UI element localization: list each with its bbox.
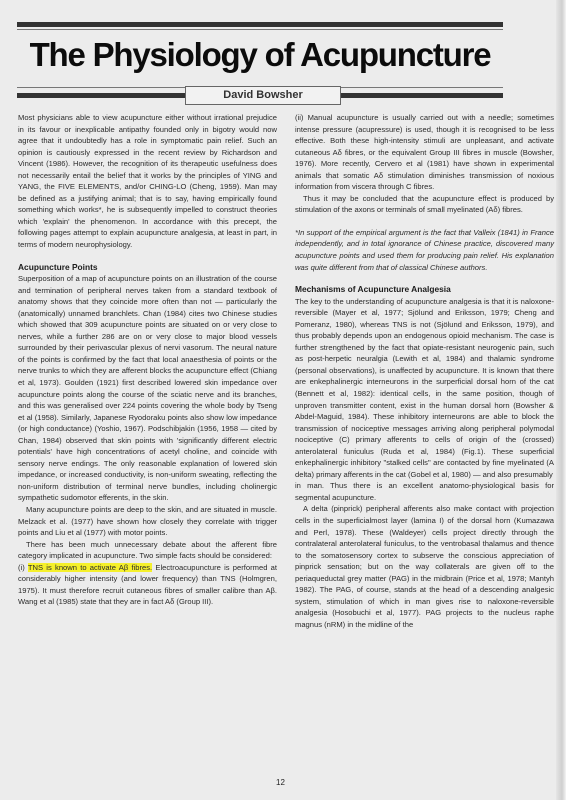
author-rule-right-thick	[341, 93, 503, 98]
conclusion-paragraph: Thus it may be concluded that the acupun…	[295, 193, 554, 216]
mechanisms-paragraph-2: A delta (pinprick) peripheral afferents …	[295, 503, 554, 630]
author-rule-left-thick	[17, 93, 185, 98]
page-edge-shadow	[556, 0, 566, 800]
section-heading-acupuncture-points: Acupuncture Points	[18, 262, 277, 274]
intro-paragraph: Most physicians able to view acupuncture…	[18, 112, 277, 251]
article-title: The Physiology of Acupuncture	[0, 36, 520, 74]
author-rule-left-thin	[17, 87, 185, 88]
highlighted-text[interactable]: TNS is known to activate Aβ fibres.	[28, 563, 152, 572]
acupuncture-points-paragraph-1: Superposition of a map of acupuncture po…	[18, 273, 277, 504]
header-rule-thick	[17, 22, 503, 27]
point-i-prefix: (i)	[18, 563, 28, 572]
right-column: (ii) Manual acupuncture is usually carri…	[295, 112, 554, 630]
header-rule-thin	[17, 29, 503, 30]
point-i-paragraph: (i) TNS is known to activate Aβ fibres. …	[18, 562, 277, 608]
mechanisms-paragraph-1-continued: in man. Thus there is an excellent anato…	[295, 480, 554, 503]
footnote: *In support of the empirical argument is…	[295, 227, 554, 273]
author-byline: David Bowsher	[185, 86, 341, 105]
point-ii-paragraph: (ii) Manual acupuncture is usually carri…	[295, 112, 554, 193]
acupuncture-points-paragraph-2: Many acupuncture points are deep to the …	[18, 504, 277, 539]
page-number: 12	[276, 778, 285, 787]
author-rule-right-thin	[341, 87, 503, 88]
mechanisms-paragraph-1: The key to the understanding of acupunct…	[295, 296, 554, 481]
left-column: Most physicians able to view acupuncture…	[18, 112, 277, 608]
acupuncture-points-paragraph-3: There has been much unnecessary debate a…	[18, 539, 277, 562]
section-heading-mechanisms: Mechanisms of Acupuncture Analgesia	[295, 284, 554, 296]
